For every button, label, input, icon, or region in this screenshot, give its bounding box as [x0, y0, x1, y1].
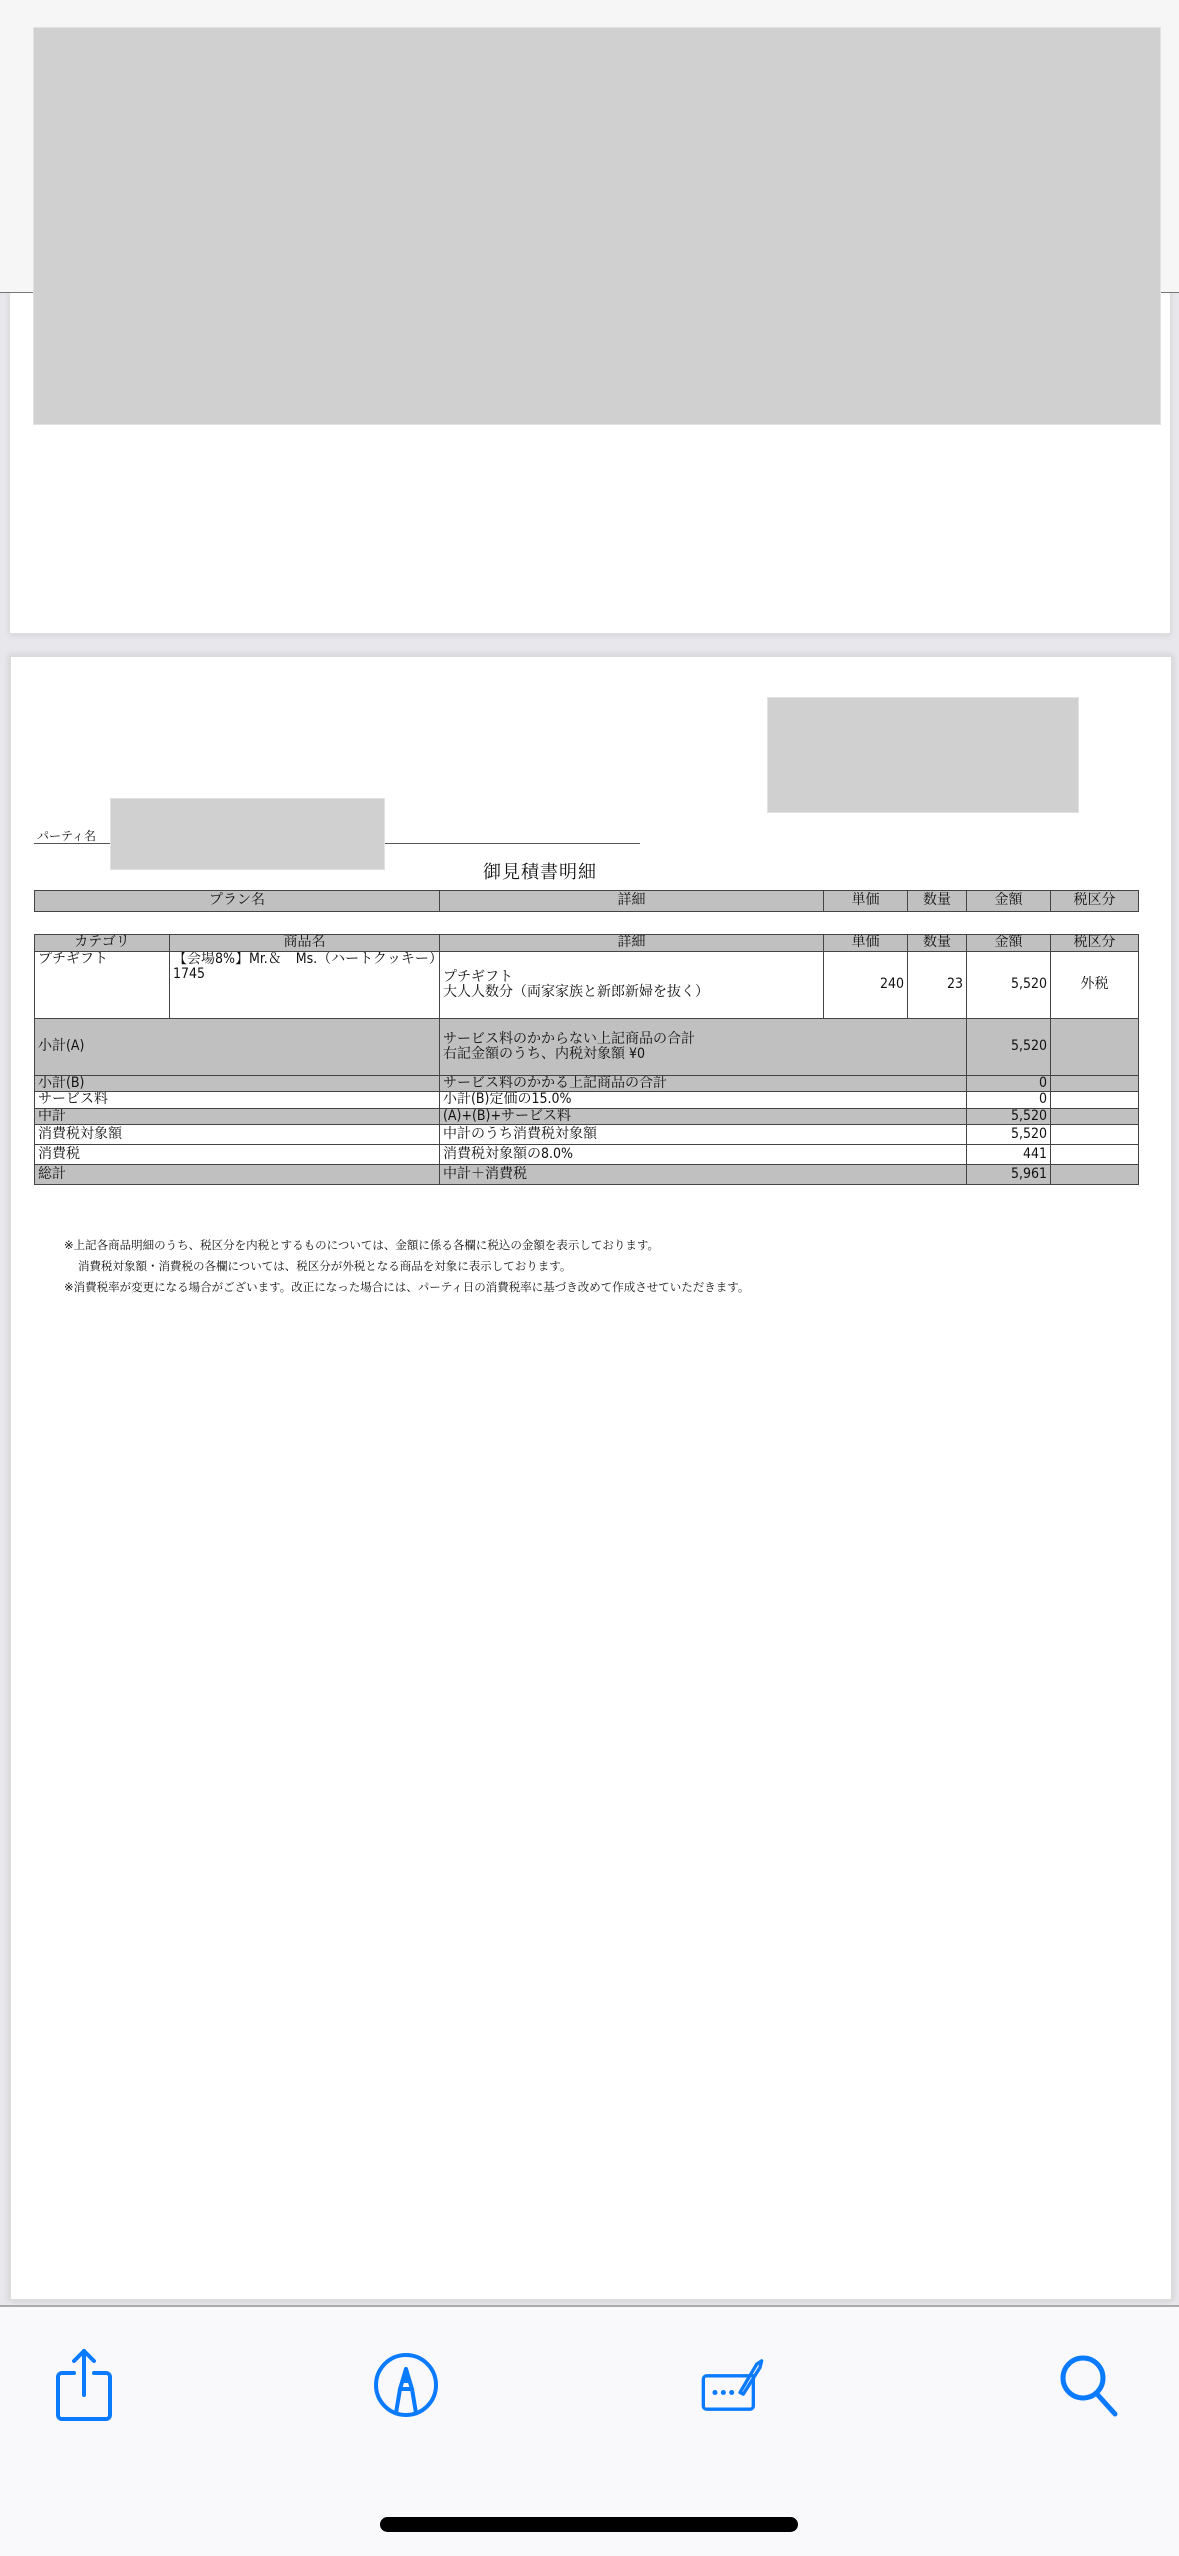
item-detail-line1: プチギフト	[443, 970, 820, 985]
item-detail: プチギフト 大人人数分（両家家族と新郎新婦を抜く）	[440, 952, 824, 1019]
summary-row-service-fee: サービス料 小計(B)定価の15.0% 0	[35, 1092, 1139, 1108]
summary-amount: 5,961	[967, 1165, 1051, 1185]
note-1: ※上記各商品明細のうち、税区分を内税とするものについては、金額に係る各欄に税込の…	[64, 1235, 749, 1256]
party-name-label: パーティ名	[37, 827, 96, 844]
header-unit-price: 単価	[824, 891, 908, 912]
redacted-party-name	[110, 798, 385, 870]
summary-amount: 5,520	[967, 1108, 1051, 1124]
summary-detail: 中計＋消費税	[440, 1165, 967, 1185]
summary-row-consumption-tax: 消費税 消費税対象額の8.0% 441	[35, 1145, 1139, 1165]
search-icon	[1057, 2352, 1123, 2418]
header-plan-name: プラン名	[35, 891, 440, 912]
summary-detail: サービス料のかからない上記商品の合計 右記金額のうち、内税対象額 ¥0	[440, 1019, 967, 1076]
header-category: カテゴリ	[35, 935, 170, 952]
item-unit-price: 240	[824, 952, 908, 1019]
summary-amount: 0	[967, 1092, 1051, 1108]
summary-detail: サービス料のかかる上記商品の合計	[440, 1076, 967, 1092]
header-quantity: 数量	[908, 935, 967, 952]
home-indicator	[380, 2517, 798, 2532]
item-amount: 5,520	[967, 952, 1051, 1019]
summary-row-grand-total: 総計 中計＋消費税 5,961	[35, 1165, 1139, 1185]
share-icon	[54, 2347, 114, 2423]
summary-label: 消費税	[35, 1145, 440, 1165]
summary-row-subtotal-a: 小計(A) サービス料のかからない上記商品の合計 右記金額のうち、内税対象額 ¥…	[35, 1019, 1139, 1076]
redacted-logo	[767, 697, 1079, 813]
summary-label: 小計(A)	[35, 1019, 440, 1076]
summary-label: サービス料	[35, 1092, 440, 1108]
note-3: ※消費税率が変更になる場合がございます。改正になった場合には、パーティ日の消費税…	[64, 1277, 749, 1298]
summary-amount: 5,520	[967, 1125, 1051, 1145]
summary-detail: 中計のうち消費税対象額	[440, 1125, 967, 1145]
markup-button[interactable]	[366, 2340, 446, 2430]
markup-pen-icon	[372, 2351, 440, 2419]
item-product-name: 【会場8%】Mr.＆ Ms.（ハートクッキー） 1745	[170, 952, 440, 1019]
redacted-region	[33, 27, 1161, 425]
item-category: プチギフト	[35, 952, 170, 1019]
header-product-name: 商品名	[170, 935, 440, 952]
summary-detail: 小計(B)定価の15.0%	[440, 1092, 967, 1108]
header-tax-type: 税区分	[1051, 935, 1139, 952]
summary-detail-line1: サービス料のかからない上記商品の合計	[443, 1032, 963, 1047]
summary-row-taxable-amount: 消費税対象額 中計のうち消費税対象額 5,520	[35, 1125, 1139, 1145]
summary-amount: 0	[967, 1076, 1051, 1092]
share-button[interactable]	[44, 2340, 124, 2430]
item-detail-line2: 大人人数分（両家家族と新郎新婦を抜く）	[443, 985, 820, 1000]
table-row: プチギフト 【会場8%】Mr.＆ Ms.（ハートクッキー） 1745 プチギフト…	[35, 952, 1139, 1019]
header-detail: 詳細	[440, 935, 824, 952]
summary-label: 小計(B)	[35, 1076, 440, 1092]
summary-amount: 5,520	[967, 1019, 1051, 1076]
note-2: 消費税対象額・消費税の各欄については、税区分が外税となる商品を対象に表示しており…	[64, 1256, 749, 1277]
header-tax-type: 税区分	[1051, 891, 1139, 912]
signature-icon	[700, 2352, 780, 2418]
search-button[interactable]	[1050, 2340, 1130, 2430]
summary-detail: 消費税対象額の8.0%	[440, 1145, 967, 1165]
summary-row-midtotal: 中計 (A)+(B)+サービス料 5,520	[35, 1108, 1139, 1124]
summary-label: 総計	[35, 1165, 440, 1185]
summary-detail: (A)+(B)+サービス料	[440, 1108, 967, 1124]
item-tax-type: 外税	[1051, 952, 1139, 1019]
header-amount: 金額	[967, 935, 1051, 952]
summary-label: 中計	[35, 1108, 440, 1124]
items-table: カテゴリ 商品名 詳細 単価 数量 金額 税区分 プチギフト 【会場8%】Mr.…	[34, 934, 1139, 1185]
summary-amount: 441	[967, 1145, 1051, 1165]
header-detail: 詳細	[440, 891, 824, 912]
header-unit-price: 単価	[824, 935, 908, 952]
header-amount: 金額	[967, 891, 1051, 912]
summary-label: 消費税対象額	[35, 1125, 440, 1145]
signature-button[interactable]	[700, 2340, 780, 2430]
summary-row-subtotal-b: 小計(B) サービス料のかかる上記商品の合計 0	[35, 1076, 1139, 1092]
plan-table: プラン名 詳細 単価 数量 金額 税区分	[34, 890, 1139, 912]
document-title: 御見積書明細	[483, 858, 597, 884]
header-quantity: 数量	[908, 891, 967, 912]
summary-detail-line2: 右記金額のうち、内税対象額 ¥0	[443, 1047, 963, 1062]
item-quantity: 23	[908, 952, 967, 1019]
notes: ※上記各商品明細のうち、税区分を内税とするものについては、金額に係る各欄に税込の…	[64, 1235, 749, 1298]
